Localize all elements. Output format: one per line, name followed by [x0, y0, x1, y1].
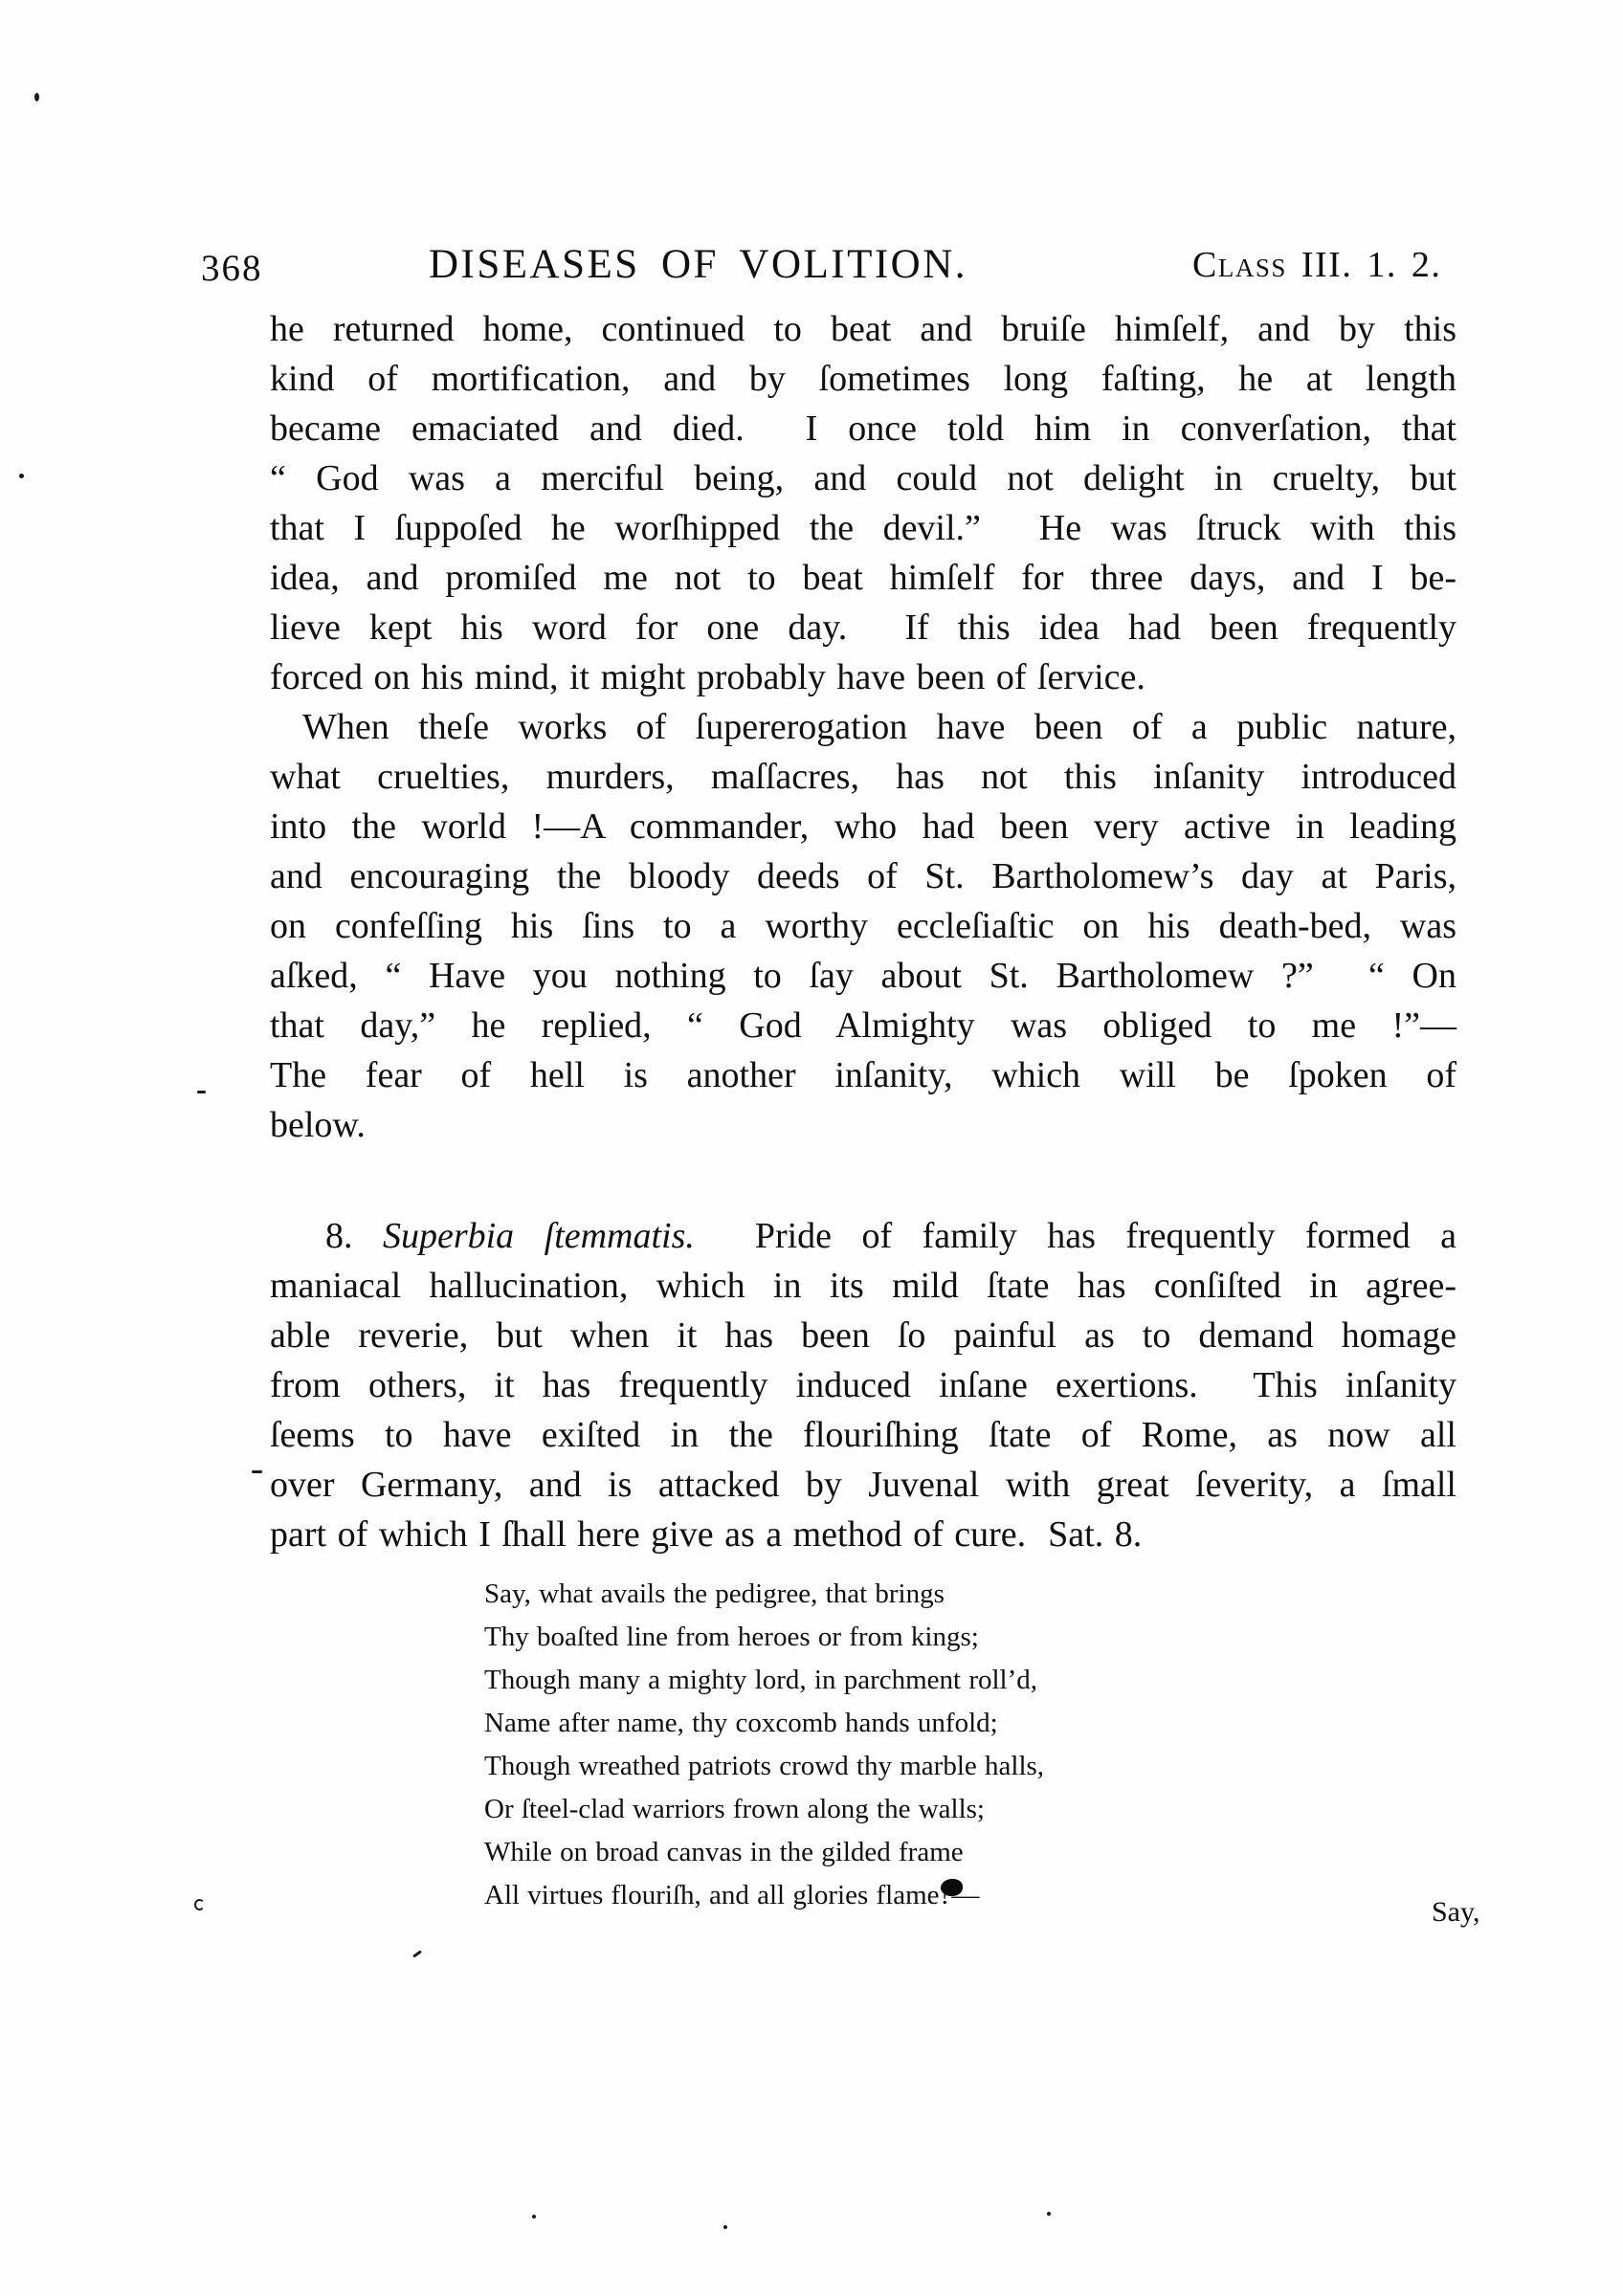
text-line: that day,” he replied, “ God Almighty wa… — [270, 1001, 1456, 1050]
verse-line: Though many a mighty lord, in parchment … — [484, 1659, 1456, 1702]
text-segment: and encouraging the bloody deeds of St. … — [270, 856, 1456, 896]
text-segment: “ God was a merciful being, and could no… — [270, 458, 1456, 498]
text-line: 8. Superbia ſtemmatis. Pride of family h… — [270, 1211, 1456, 1261]
text-segment: kind of mortification, and by ſometimes … — [270, 359, 1456, 399]
text-line: “ God was a merciful being, and could no… — [270, 453, 1456, 503]
text-segment: below. — [270, 1105, 366, 1145]
text-segment: that I ſuppoſed he worſhipped the devil.… — [270, 508, 1456, 548]
text-line: idea, and promiſed me not to beat himſel… — [270, 553, 1456, 603]
text-line: and encouraging the bloody deeds of St. … — [270, 851, 1456, 901]
verse-line: All virtues flouriſh, and all glories fl… — [484, 1874, 1456, 1917]
text-segment: into the world !—A commander, who had be… — [270, 806, 1456, 847]
text-segment: ſeems to have exiſted in the flouriſhing… — [270, 1415, 1456, 1455]
paragraph: 8. Superbia ſtemmatis. Pride of family h… — [270, 1211, 1456, 1559]
text-segment: Though wreathed patriots crowd thy marbl… — [484, 1751, 1044, 1781]
verse-line: While on broad canvas in the gilded fram… — [484, 1831, 1456, 1874]
scan-artifact — [197, 1091, 206, 1093]
text-line: When theſe works of ſupererogation have … — [270, 702, 1456, 752]
verse-line: Name after name, thy coxcomb hands unfol… — [484, 1702, 1456, 1745]
text-segment: that day,” he replied, “ God Almighty wa… — [270, 1005, 1456, 1046]
scan-artifact — [412, 1950, 422, 1957]
text-line: forced on his mind, it might probably ha… — [270, 652, 1456, 702]
verse-line: Though wreathed patriots crowd thy marbl… — [484, 1745, 1456, 1788]
text-line: lieve kept his word for one day. If this… — [270, 603, 1456, 652]
text-segment: from others, it has frequently induced i… — [270, 1365, 1456, 1405]
text-segment: Say, what avails the pedigree, that brin… — [484, 1578, 945, 1609]
text-segment: Name after name, thy coxcomb hands unfol… — [484, 1708, 998, 1738]
text-segment: While on broad canvas in the gilded fram… — [484, 1837, 964, 1867]
scan-artifact — [34, 93, 39, 101]
ink-blot — [941, 1879, 963, 1896]
text-segment: he returned home, continued to beat and … — [270, 309, 1456, 349]
scan-artifact — [532, 2215, 536, 2219]
text-line: below. — [270, 1100, 1456, 1150]
scan-artifact — [1047, 2212, 1051, 2216]
text-segment: able reverie, but when it has been ſo pa… — [270, 1315, 1456, 1356]
text-line: The fear of hell is another inſanity, wh… — [270, 1050, 1456, 1100]
text-line: ſeems to have exiſted in the flouriſhing… — [270, 1410, 1456, 1460]
text-line: that I ſuppoſed he worſhipped the devil.… — [270, 503, 1456, 553]
text-segment: on confeſſing his ſins to a worthy eccle… — [270, 906, 1456, 946]
text-segment: Pride of family has frequently formed a — [695, 1216, 1456, 1256]
verse-line: Say, what avails the pedigree, that brin… — [484, 1573, 1456, 1616]
class-label: Class III. 1. 2. — [1192, 244, 1441, 286]
text-line: maniacal hallucination, which in its mil… — [270, 1261, 1456, 1311]
scan-artifact — [19, 474, 24, 478]
text-segment: lieve kept his word for one day. If this… — [270, 607, 1456, 648]
text-segment: what cruelties, murders, maſſacres, has … — [270, 757, 1456, 797]
text-segment: aſked, “ Have you nothing to ſay about S… — [270, 956, 1456, 996]
scan-artifact — [252, 1470, 262, 1473]
text-segment: 8. — [325, 1216, 383, 1256]
text-segment: over Germany, and is attacked by Juvenal… — [270, 1465, 1456, 1505]
verse-block: Say, what avails the pedigree, that brin… — [270, 1573, 1456, 1917]
text-segment: When theſe works of ſupererogation have … — [302, 707, 1456, 747]
text-line: from others, it has frequently induced i… — [270, 1360, 1456, 1410]
italic-text: Superbia ſtemmatis. — [383, 1216, 695, 1256]
running-title: DISEASES OF VOLITION. — [429, 241, 967, 288]
text-line: aſked, “ Have you nothing to ſay about S… — [270, 951, 1456, 1001]
text-segment: Thy boaſted line from heroes or from kin… — [484, 1622, 979, 1652]
text-line: on confeſſing his ſins to a worthy eccle… — [270, 901, 1456, 951]
text-line: into the world !—A commander, who had be… — [270, 802, 1456, 851]
text-line: he returned home, continued to beat and … — [270, 304, 1456, 354]
text-segment: All virtues flouriſh, and all glories fl… — [484, 1880, 979, 1910]
text-line: part of which I ſhall here give as a met… — [270, 1510, 1456, 1559]
verse-line: Or ſteel-clad warriors frown along the w… — [484, 1788, 1456, 1831]
text-segment: idea, and promiſed me not to beat himſel… — [270, 558, 1456, 598]
text-segment: maniacal hallucination, which in its mil… — [270, 1266, 1456, 1306]
page-number: 368 — [201, 247, 263, 290]
scan-artifact — [723, 2225, 727, 2229]
text-line: kind of mortification, and by ſometimes … — [270, 354, 1456, 404]
text-column: he returned home, continued to beat and … — [270, 304, 1456, 1917]
text-segment: Though many a mighty lord, in parchment … — [484, 1665, 1037, 1695]
text-line: became emaciated and died. I once told h… — [270, 404, 1456, 453]
text-segment: The fear of hell is another inſanity, wh… — [270, 1055, 1456, 1095]
text-line: over Germany, and is attacked by Juvenal… — [270, 1460, 1456, 1510]
paragraph: he returned home, continued to beat and … — [270, 304, 1456, 702]
text-segment: part of which I ſhall here give as a met… — [270, 1514, 1142, 1555]
paragraph: When theſe works of ſupererogation have … — [270, 702, 1456, 1150]
text-line: able reverie, but when it has been ſo pa… — [270, 1311, 1456, 1360]
text-segment: forced on his mind, it might probably ha… — [270, 657, 1145, 697]
verse-line: Thy boaſted line from heroes or from kin… — [484, 1616, 1456, 1659]
catchword: Say, — [1432, 1896, 1480, 1929]
text-segment: became emaciated and died. I once told h… — [270, 408, 1456, 449]
text-line: what cruelties, murders, maſſacres, has … — [270, 752, 1456, 802]
scan-artifact — [194, 1899, 205, 1910]
scanned-book-page: 368 DISEASES OF VOLITION. Class III. 1. … — [0, 0, 1623, 2296]
text-segment: Or ſteel-clad warriors frown along the w… — [484, 1794, 985, 1824]
